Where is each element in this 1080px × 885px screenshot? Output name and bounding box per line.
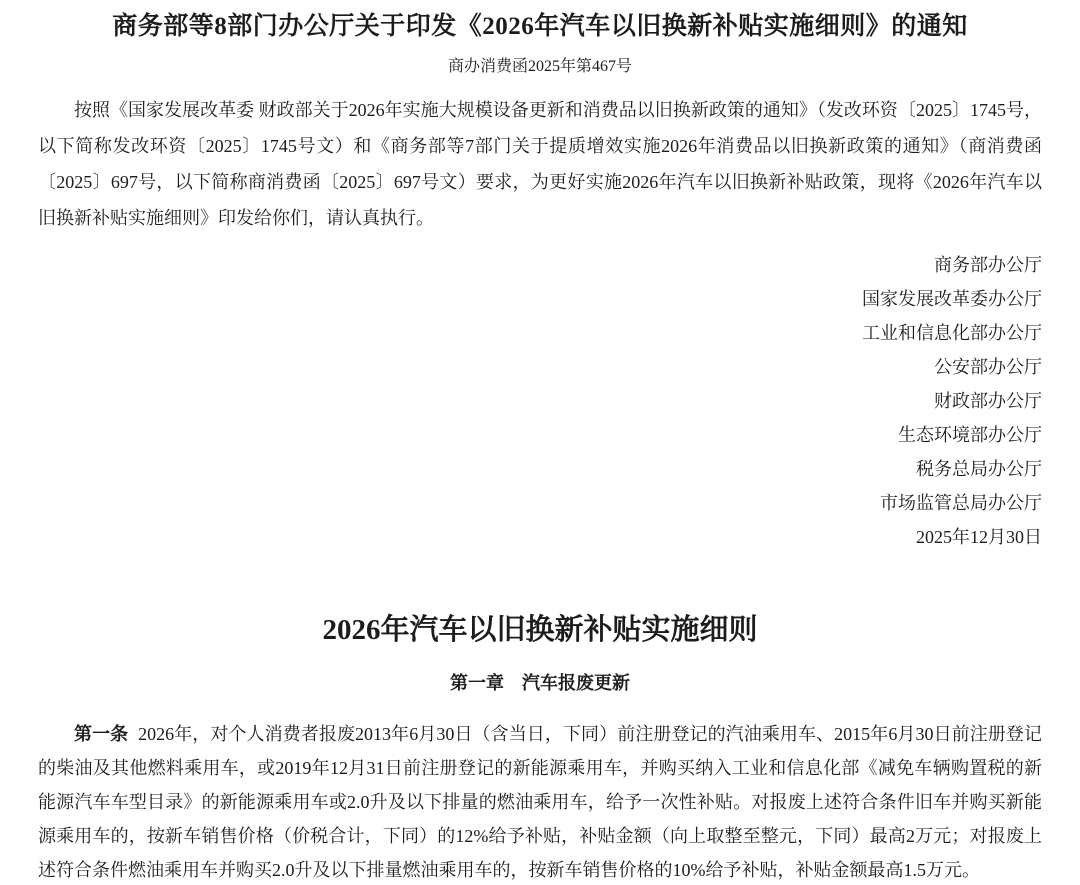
doc-number: 商办消费函2025年第467号 [38, 53, 1042, 76]
signatory: 国家发展改革委办公厅 [38, 282, 1042, 316]
signatory: 税务总局办公厅 [38, 452, 1042, 486]
notice-body-paragraph: 按照《国家发展改革委 财政部关于2026年实施大规模设备更新和消费品以旧换新政策… [38, 92, 1042, 236]
signatory: 商务部办公厅 [38, 248, 1042, 282]
document-page: 商务部等8部门办公厅关于印发《2026年汽车以旧换新补贴实施细则》的通知 商办消… [0, 0, 1080, 885]
issue-date: 2025年12月30日 [38, 520, 1042, 554]
notice-title: 商务部等8部门办公厅关于印发《2026年汽车以旧换新补贴实施细则》的通知 [38, 10, 1042, 44]
signature-block: 商务部办公厅 国家发展改革委办公厅 工业和信息化部办公厅 公安部办公厅 财政部办… [38, 248, 1042, 554]
article-1: 第一条2026年，对个人消费者报废2013年6月30日（含当日，下同）前注册登记… [38, 717, 1042, 885]
signatory: 工业和信息化部办公厅 [38, 316, 1042, 350]
article-text: 2026年，对个人消费者报废2013年6月30日（含当日，下同）前注册登记的汽油… [38, 724, 1042, 880]
signatory: 生态环境部办公厅 [38, 418, 1042, 452]
chapter-heading: 第一章 汽车报废更新 [38, 671, 1042, 696]
signatory: 公安部办公厅 [38, 350, 1042, 384]
signatory: 市场监管总局办公厅 [38, 486, 1042, 520]
article-label: 第一条 [74, 724, 128, 744]
rules-title: 2026年汽车以旧换新补贴实施细则 [38, 612, 1042, 650]
signatory: 财政部办公厅 [38, 384, 1042, 418]
